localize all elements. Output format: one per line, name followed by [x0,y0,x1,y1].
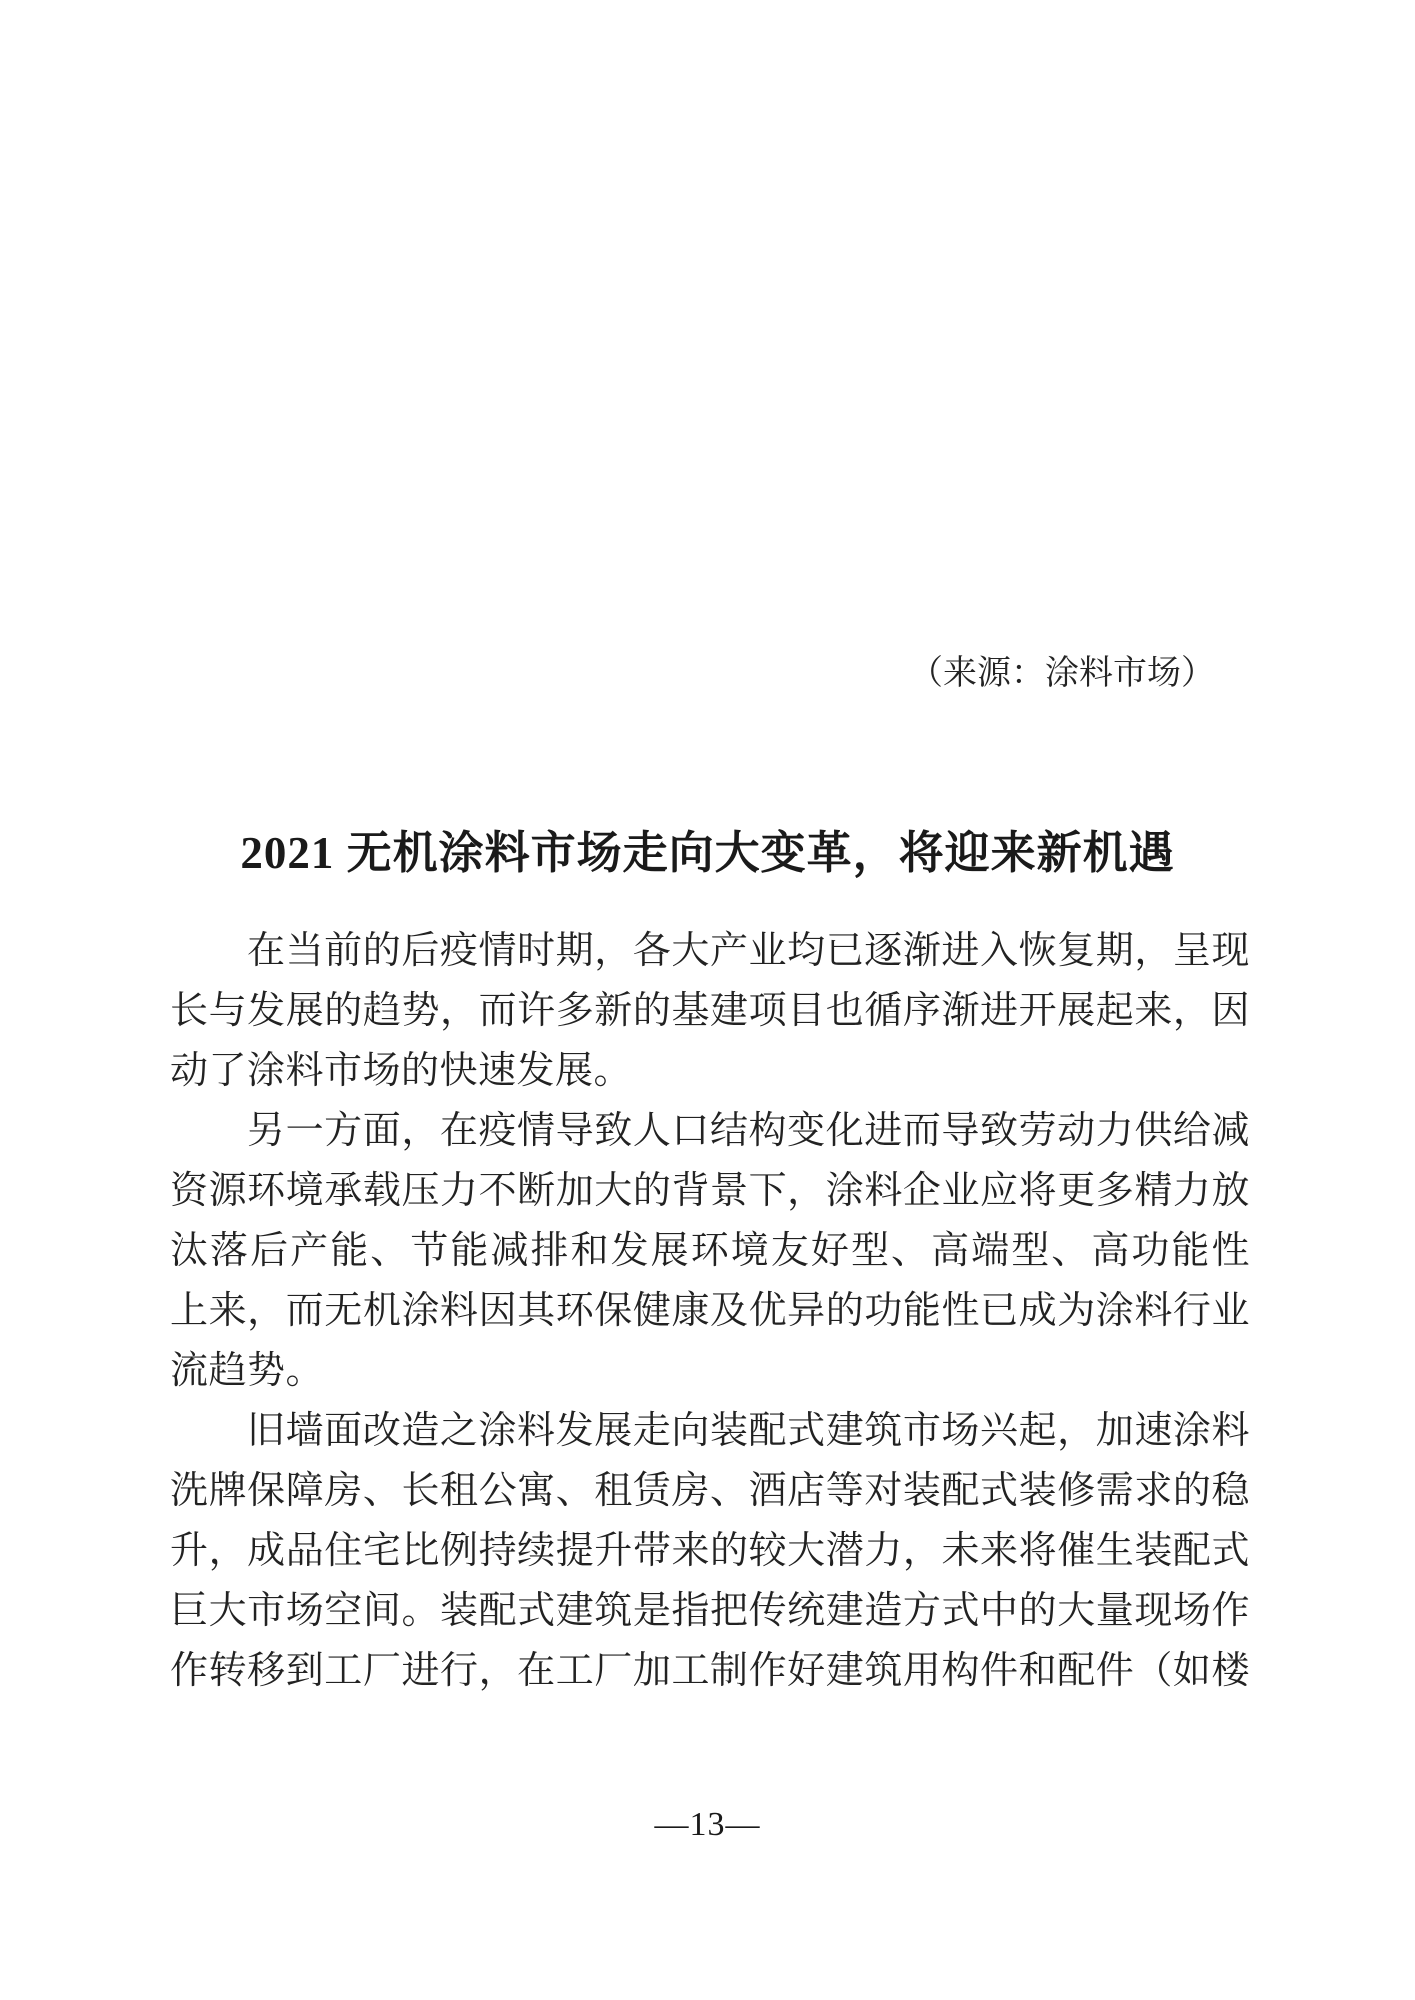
source-attribution: （来源：涂料市场） [909,650,1215,698]
document-page: （来源：涂料市场） 2021 无机涂料市场走向大变革，将迎来新机遇 在当前的后疫… [0,0,1415,2000]
body-line: 上来，而无机涂料因其环保健康及优异的功能性已成为涂料行业的主 [170,1281,1250,1341]
page-title: 2021 无机涂料市场走向大变革，将迎来新机遇 [0,822,1415,884]
body-line: 升，成品住宅比例持续提升带来的较大潜力，未来将催生装配式装修 [170,1521,1250,1581]
paragraph: 旧墙面改造之涂料发展走向装配式建筑市场兴起，加速涂料行业洗牌保障房、长租公寓、租… [170,1401,1250,1701]
body-line: 动了涂料市场的快速发展。 [170,1041,1250,1101]
paragraph: 另一方面，在疫情导致人口结构变化进而导致劳动力供给减少、资源环境承载压力不断加大… [170,1101,1250,1401]
body-line: 巨大市场空间。装配式建筑是指把传统建造方式中的大量现场作业工 [170,1581,1250,1641]
body-line: 在当前的后疫情时期，各大产业均已逐渐进入恢复期，呈现出增 [170,921,1250,981]
document-body: 在当前的后疫情时期，各大产业均已逐渐进入恢复期，呈现出增长与发展的趋势，而许多新… [170,921,1250,1701]
body-line: 流趋势。 [170,1341,1250,1401]
body-line: 长与发展的趋势，而许多新的基建项目也循序渐进开展起来，因而带 [170,981,1250,1041]
body-line: 另一方面，在疫情导致人口结构变化进而导致劳动力供给减少、 [170,1101,1250,1161]
body-line: 旧墙面改造之涂料发展走向装配式建筑市场兴起，加速涂料行业 [170,1401,1250,1461]
body-line: 洗牌保障房、长租公寓、租赁房、酒店等对装配式装修需求的稳中有 [170,1461,1250,1521]
paragraph: 在当前的后疫情时期，各大产业均已逐渐进入恢复期，呈现出增长与发展的趋势，而许多新… [170,921,1250,1101]
page-number: —13— [0,1803,1415,1847]
body-line: 汰落后产能、节能减排和发展环境友好型、高端型、高功能性 产品 [170,1221,1250,1281]
body-line: 作转移到工厂进行，在工厂加工制作好建筑用构件和配件（如楼板、 [170,1641,1250,1701]
body-line: 资源环境承载压力不断加大的背景下，涂料企业应将更多精力放在淘 [170,1161,1250,1221]
